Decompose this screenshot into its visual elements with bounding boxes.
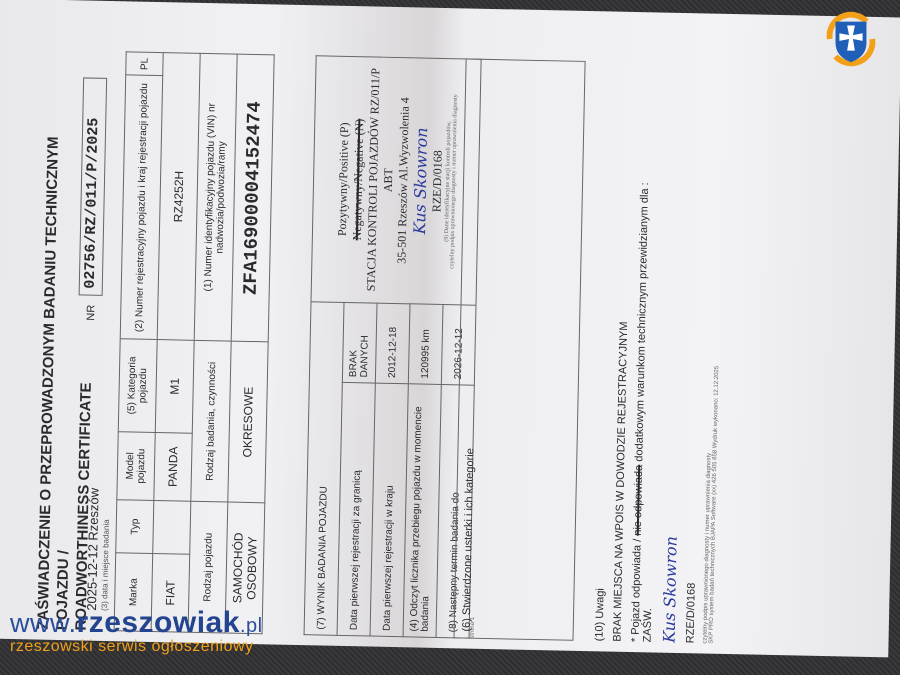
defects-section: (6) Stwierdzone usterki i ich kategorie xyxy=(454,58,586,640)
row-value: 120995 km xyxy=(408,304,443,385)
date-place-label: (3) data i miejsce badania xyxy=(100,519,111,611)
row-label: Data pierwszej rejestracji w kraju xyxy=(370,383,408,637)
watermark-url[interactable]: www.rzeszowiak.pl xyxy=(10,606,263,640)
row-label: (4) Odczyt licznika przebiegu pojazdu w … xyxy=(403,384,441,638)
category-label: (5) Kategoria pojazdu xyxy=(118,339,157,432)
country-cell: PL xyxy=(126,52,163,76)
white-cross-shield-icon xyxy=(822,10,880,68)
inspection-kind-value: OKRESOWE xyxy=(228,341,268,503)
vin-label: (1) Numer identyfikacyjny pojazdu (VIN) … xyxy=(194,53,237,341)
certificate-paper: ZAŚWIADCZENIE O PRZEPROWADZONYM BADANIU … xyxy=(0,0,900,657)
certificate-document: ZAŚWIADCZENIE O PRZEPROWADZONYM BADANIU … xyxy=(3,29,886,667)
model-label: Model pojazdu xyxy=(117,431,155,500)
type-label: Typ xyxy=(116,500,154,554)
vehicle-data-table: Marka Typ Model pojazdu (5) Kategoria po… xyxy=(114,51,275,634)
registration-label: (2) Numer rejestracyjny pojazdu i kraj r… xyxy=(120,75,163,339)
certificate-number: 02756/RZ/011/P/2025 xyxy=(79,77,108,295)
type-value xyxy=(153,501,191,555)
station-block: Pozytywny/Positive (P) Negatywny/Negativ… xyxy=(311,56,481,305)
remarks-section: (10) Uwagi BRAK MIEJSCA NA WPOIS W DOWOD… xyxy=(593,61,726,643)
date-place: 2025-12-12 Rzeszów xyxy=(84,488,102,611)
inspection-kind-label: Rodzaj badania, czynności xyxy=(191,341,231,503)
registration-value: RZ4252H xyxy=(157,53,200,341)
row-value: 2012-12-18 xyxy=(375,303,410,384)
rzeszowiak-watermark: www.rzeszowiak.pl rzeszowski serwis ogło… xyxy=(10,606,263,656)
nr-label: NR xyxy=(85,305,97,321)
vin-value: ZFA16900004152474 xyxy=(231,54,274,342)
compliance-statement: * Pojazd odpowiada / nie odpowiada dodat… xyxy=(629,62,665,642)
station-name: STACJA KONTROLI POJAZDÓW RZ/011/P ABT xyxy=(363,62,398,297)
category-value: M1 xyxy=(155,340,194,433)
model-value: PANDA xyxy=(154,432,192,501)
row-value: BRAK DANYCH xyxy=(342,302,377,383)
defects-label: (6) Stwierdzone usterki i ich kategorie xyxy=(461,448,477,632)
watermark-tagline: rzeszowski serwis ogłoszeniowy xyxy=(10,638,263,656)
row-label: Data pierwszej rejestracji za granicą xyxy=(337,382,375,636)
